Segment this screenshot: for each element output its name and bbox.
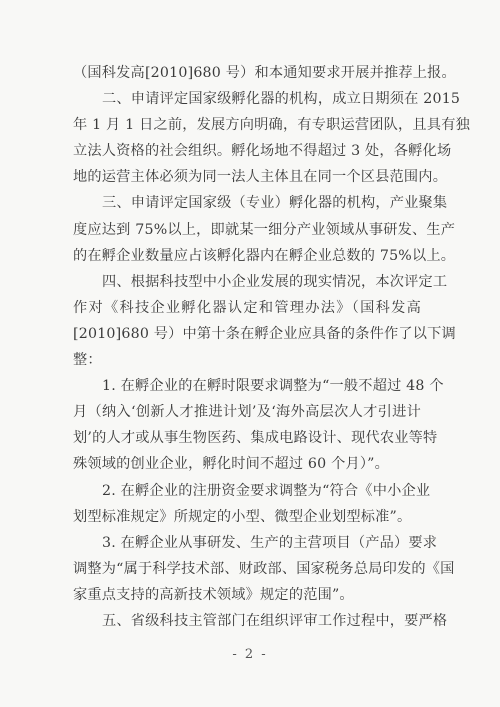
text-line: 殊领域的创业企业，孵化时间不超过 60 个月）”。 — [73, 451, 421, 477]
text-line: 划型标准规定》所规定的小型、微型企业划型标准”。 — [73, 504, 421, 530]
text-line: 2. 在孵企业的注册资金要求调整为“符合《中小企业 — [73, 478, 421, 504]
document-page: （国科发高[2010]680 号）和本通知要求开展并推荐上报。 二、申请评定国家… — [0, 0, 500, 707]
text-line: [2010]680 号）中第十条在孵企业应具备的条件作了以下调 — [73, 321, 421, 347]
text-line: 整： — [73, 347, 421, 373]
text-line: 1. 在孵企业的在孵时限要求调整为“一般不超过 48 个 — [73, 373, 421, 399]
text-line: 调整为“属于科学技术部、财政部、国家税务总局印发的《国 — [73, 556, 421, 582]
text-line: 3. 在孵企业从事研发、生产的主营项目（产品）要求 — [73, 530, 421, 556]
text-line: 年 1 月 1 日之前，发展方向明确，有专职运营团队，且具有独 — [73, 112, 421, 138]
text-line: 的在孵企业数量应占该孵化器内在孵企业总数的 75%以上。 — [73, 243, 421, 269]
text-line: 度应达到 75%以上，即就某一细分产业领域从事研发、生产 — [73, 217, 421, 243]
text-line: （国科发高[2010]680 号）和本通知要求开展并推荐上报。 — [73, 60, 421, 86]
text-line: 划’的人才或从事生物医药、集成电路设计、现代农业等特 — [73, 425, 421, 451]
page-number: - 2 - — [0, 647, 500, 662]
text-line: 立法人资格的社会组织。孵化场地不得超过 3 处，各孵化场 — [73, 138, 421, 164]
text-line: 三、申请评定国家级（专业）孵化器的机构，产业聚集 — [73, 190, 421, 216]
text-line: 家重点支持的高新技术领域》规定的范围”。 — [73, 582, 421, 608]
document-body: （国科发高[2010]680 号）和本通知要求开展并推荐上报。 二、申请评定国家… — [73, 60, 421, 634]
text-line: 四、根据科技型中小企业发展的现实情况，本次评定工 — [73, 269, 421, 295]
text-line: 地的运营主体必须为同一法人主体且在同一个区县范围内。 — [73, 164, 421, 190]
text-line: 月（纳入‘创新人才推进计划’及‘海外高层次人才引进计 — [73, 399, 421, 425]
text-line: 作对《科技企业孵化器认定和管理办法》（国科发高 — [73, 295, 421, 321]
text-line: 五、省级科技主管部门在组织评审工作过程中，要严格 — [73, 608, 421, 634]
text-line: 二、申请评定国家级孵化器的机构，成立日期须在 2015 — [73, 86, 421, 112]
